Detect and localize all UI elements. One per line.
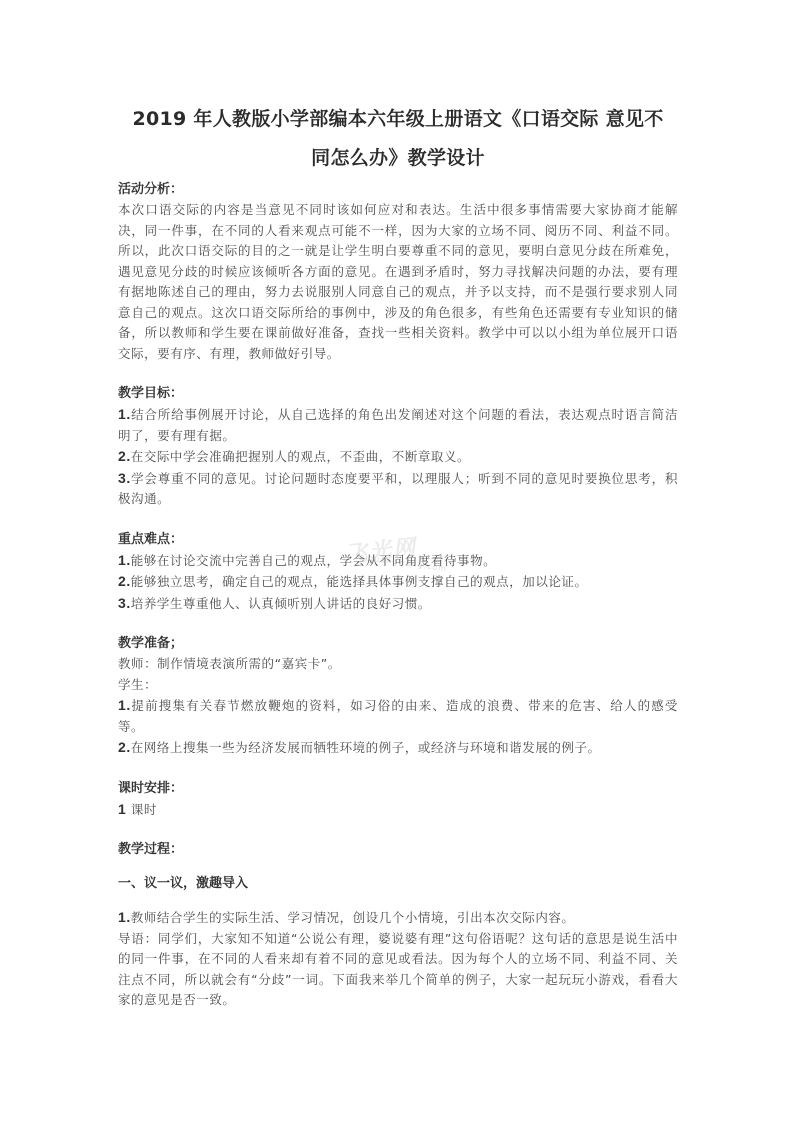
schedule-value: 1 课时	[118, 799, 678, 821]
list-item: 1.结合所给事例展开讨论，从自己选择的角色出发阐述对这个问题的看法，表达观点时语…	[118, 404, 678, 446]
title-line-1: 2019 年人教版小学部编本六年级上册语文《口语交际 意见不	[118, 100, 678, 139]
section-process: 教学过程： 一、议一议，激趣导入 1.教师结合学生的实际生活、学习情况，创设几个…	[118, 840, 678, 1011]
item-text: 培养学生尊重他人、认真倾听别人讲话的良好习惯。	[131, 596, 431, 611]
item-text: 能够独立思考，确定自己的观点，能选择具体事例支撑自己的观点，加以论证。	[131, 574, 588, 589]
section-paragraph: 本次口语交际的内容是当意见不同时该如何应对和表达。生活中很多事情需要大家协商才能…	[118, 200, 678, 364]
step-title: 一、议一议，激趣导入	[118, 873, 678, 894]
item-number: 2.	[118, 573, 131, 589]
intro-paragraph: 导语：同学们，大家知不知道“公说公有理，婆说婆有理”这句俗语呢？这句话的意思是说…	[118, 929, 678, 1011]
item-number: 1.	[118, 552, 131, 568]
teacher-preparation: 教师：制作情境表演所需的“嘉宾卡”。	[118, 654, 678, 675]
item-text: 能够在讨论交流中完善自己的观点，学会从不同角度看待事物。	[131, 553, 496, 568]
item-number: 1.	[118, 909, 131, 925]
document-page: 2019 年人教版小学部编本六年级上册语文《口语交际 意见不 同怎么办》教学设计…	[118, 100, 678, 1011]
section-heading: 活动分析：	[118, 180, 678, 200]
section-heading: 教学过程：	[118, 840, 678, 860]
title-line-2: 同怎么办》教学设计	[118, 139, 678, 178]
list-item: 2.在网络上搜集一些为经济发展而牺牲环境的例子，或经济与环境和谐发展的例子。	[118, 737, 678, 759]
item-number: 3.	[118, 470, 131, 486]
section-preparation: 教学准备； 教师：制作情境表演所需的“嘉宾卡”。 学生： 1.提前搜集有关春节燃…	[118, 634, 678, 759]
item-number: 1.	[118, 406, 131, 422]
item-text: 学会尊重不同的意见。讨论问题时态度要平和，以理服人；听到不同的意见时要换位思考，…	[118, 471, 678, 507]
item-text: 在交际中学会准确把握别人的观点，不歪曲，不断章取义。	[131, 449, 470, 464]
item-number: 2.	[118, 448, 131, 464]
item-number: 1.	[118, 697, 131, 713]
section-heading: 教学目标：	[118, 384, 678, 404]
list-item: 2.能够独立思考，确定自己的观点，能选择具体事例支撑自己的观点，加以论证。	[118, 571, 678, 593]
list-item: 1.教师结合学生的实际生活、学习情况，创设几个小情境，引出本次交际内容。	[118, 907, 678, 929]
section-activity-analysis: 活动分析： 本次口语交际的内容是当意见不同时该如何应对和表达。生活中很多事情需要…	[118, 180, 678, 364]
document-title: 2019 年人教版小学部编本六年级上册语文《口语交际 意见不 同怎么办》教学设计	[118, 100, 678, 178]
item-text: 教师结合学生的实际生活、学习情况，创设几个小情境，引出本次交际内容。	[131, 910, 575, 925]
item-number: 3.	[118, 595, 131, 611]
list-item: 3.学会尊重不同的意见。讨论问题时态度要平和，以理服人；听到不同的意见时要换位思…	[118, 468, 678, 510]
item-text: 结合所给事例展开讨论，从自己选择的角色出发阐述对这个问题的看法，表达观点时语言简…	[118, 407, 678, 443]
section-heading: 重点难点：	[118, 530, 678, 550]
student-label: 学生：	[118, 675, 678, 696]
item-text: 提前搜集有关春节燃放鞭炮的资料，如习俗的由来、造成的浪费、带来的危害、给人的感受…	[118, 698, 678, 734]
list-item: 2.在交际中学会准确把握别人的观点，不歪曲，不断章取义。	[118, 446, 678, 468]
section-heading: 课时安排：	[118, 779, 678, 799]
section-teaching-goals: 教学目标： 1.结合所给事例展开讨论，从自己选择的角色出发阐述对这个问题的看法，…	[118, 384, 678, 510]
list-item: 1.提前搜集有关春节燃放鞭炮的资料，如习俗的由来、造成的浪费、带来的危害、给人的…	[118, 695, 678, 737]
section-key-difficulties: 重点难点： 1.能够在讨论交流中完善自己的观点，学会从不同角度看待事物。 2.能…	[118, 530, 678, 615]
schedule-unit: 课时	[126, 802, 157, 817]
list-item: 1.能够在讨论交流中完善自己的观点，学会从不同角度看待事物。	[118, 550, 678, 572]
list-item: 3.培养学生尊重他人、认真倾听别人讲话的良好习惯。	[118, 593, 678, 615]
section-heading: 教学准备；	[118, 634, 678, 654]
section-schedule: 课时安排： 1 课时	[118, 779, 678, 821]
item-text: 在网络上搜集一些为经济发展而牺牲环境的例子，或经济与环境和谐发展的例子。	[131, 740, 601, 755]
item-number: 2.	[118, 739, 131, 755]
